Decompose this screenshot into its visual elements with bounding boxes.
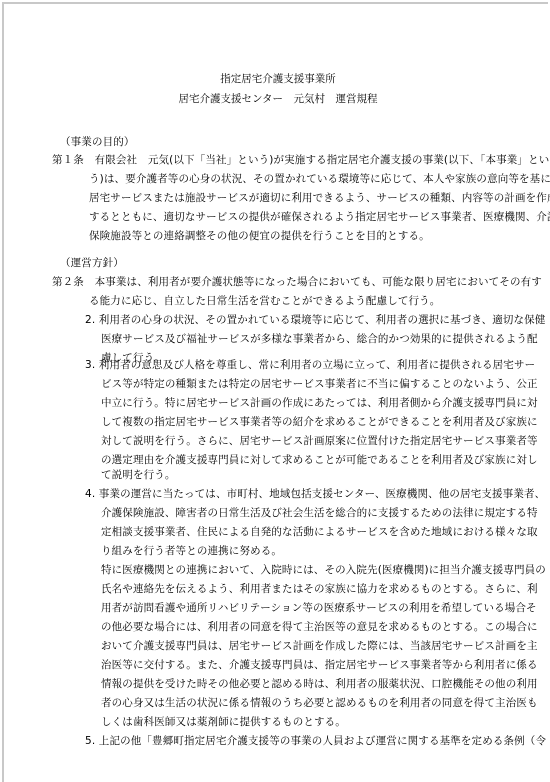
article-1-line: う)は、要介護者等の心身の状況、その置かれている環境等に応じて、本人や家族の意向… bbox=[89, 172, 550, 186]
list-item-2-line: 医療サービス及び福祉サービスが多様な事業者から、総合的かつ効果的に提供されるよう… bbox=[101, 332, 538, 346]
section-heading-policy: （運営方針） bbox=[60, 256, 124, 270]
list-item-3-line: 3. 利用者の意思及び人格を尊重し、常に利用者の立場に立って、利用者に提供される… bbox=[85, 358, 535, 372]
list-item-4-line: 4. 事業の運営に当たっては、市町村、地域包括支援センター、医療機関、他の居宅支… bbox=[85, 487, 545, 501]
list-item-4-line: 氏名や連絡先を伝えるよう、利用者またはその家族に協力を求めるものとする。さらに、… bbox=[101, 582, 538, 596]
list-item-4-line: 者の心身又は生活の状況に係る情報のうち必要と認めるものを利用者の同意を得て主治医… bbox=[101, 696, 538, 710]
list-item-4-line: 用者が訪問看護や通所リハビリテーション等の医療系サービスの利用を希望している場合… bbox=[101, 601, 537, 615]
list-item-4-line: 治医等に交付する。また、介護支援専門員は、指定居宅サービス事業者等から利用者に係… bbox=[101, 658, 538, 672]
article-2-line: る能力に応じ、自立した日常生活を営むことができるよう配慮して行う。 bbox=[89, 294, 440, 308]
list-item-2-line: 2. 利用者の心身の状況、その置かれている環境等に応じて、利用者の選択に基づき、… bbox=[85, 313, 545, 327]
article-2-line: 第２条 本事業は、利用者が要介護状態等になった場合においても、可能な限り居宅にお… bbox=[52, 275, 542, 289]
list-item-3-line: して複数の指定居宅サービス事業者等の紹介を求めることができることを利用者及び家族… bbox=[101, 415, 538, 429]
list-item-3-line: の選定理由を介護支援専門員に対して求めることが可能であることを利用者及び家族に対… bbox=[101, 453, 538, 467]
article-1-line: 居宅サービスまたは施設サービスが適切に利用できるよう、サービスの種類、内容等の計… bbox=[89, 191, 550, 205]
list-item-4-line: 特に医療機関との連携において、入院時には、その入院先(医療機関)に担当介護支援専… bbox=[101, 563, 546, 577]
document-title-line2: 居宅介護支援センター 元気村 運営規程 bbox=[3, 92, 550, 106]
list-item-4-line: 情報の提供を受けた時その他必要と認める時は、利用者の服薬状況、口腔機能その他の利… bbox=[101, 677, 538, 691]
list-item-5-line: 5. 上記の他「豊郷町指定居宅介護支援等の事業の人員および運営に関する基準を定め… bbox=[85, 734, 546, 748]
list-item-4-line: 定相談支援事業者、住民による自発的な活動によるサービスを含めた地域における様々な… bbox=[101, 525, 538, 539]
document-title-line1: 指定居宅介護支援事業所 bbox=[3, 72, 550, 86]
list-item-4-line: 介護保険施設、障害者の日常生活及び社会生活を総合的に支援するための法律に規定する… bbox=[101, 506, 538, 520]
list-item-3-line: 中立に行う。特に居宅サービス計画の作成にあたっては、利用者側から介護支援専門員に… bbox=[101, 396, 538, 410]
list-item-3-line: て説明を行う。 bbox=[101, 468, 176, 482]
list-item-4-line: おいて介護支援専門員は、居宅サービス計画を作成した際には、当該居宅サービス計画を… bbox=[101, 639, 538, 653]
article-1-line: 保険施設等との連絡調整その他の便宜の提供を行うことを目的とする。 bbox=[89, 229, 430, 243]
list-item-3-line: ビス等が特定の種類または特定の居宅サービス事業者に不当に偏することのないよう、公… bbox=[101, 377, 538, 391]
list-item-4-line: しくは歯科医師又は薬剤師に提供するものとする。 bbox=[101, 715, 346, 729]
list-item-4-line: り組みを行う者等との連携に努める。 bbox=[101, 544, 282, 558]
article-1-line: するとともに、適切なサービスの提供が確保されるよう指定居宅サービス事業者、医療機… bbox=[89, 210, 550, 224]
article-1-line: 第１条 有限会社 元気(以下「当社」という)が実施する指定居宅介護支援の事業(以… bbox=[52, 153, 549, 167]
list-item-3-line: 対して説明を行う。さらに、居宅サービス計画原案に位置付けた指定居宅サービス事業者… bbox=[101, 434, 538, 448]
section-heading-purpose: （事業の目的） bbox=[60, 135, 135, 149]
list-item-4-line: の他必要な場合には、利用者の同意を得て主治医等の意見を求めるものとする。この場合… bbox=[101, 620, 538, 634]
